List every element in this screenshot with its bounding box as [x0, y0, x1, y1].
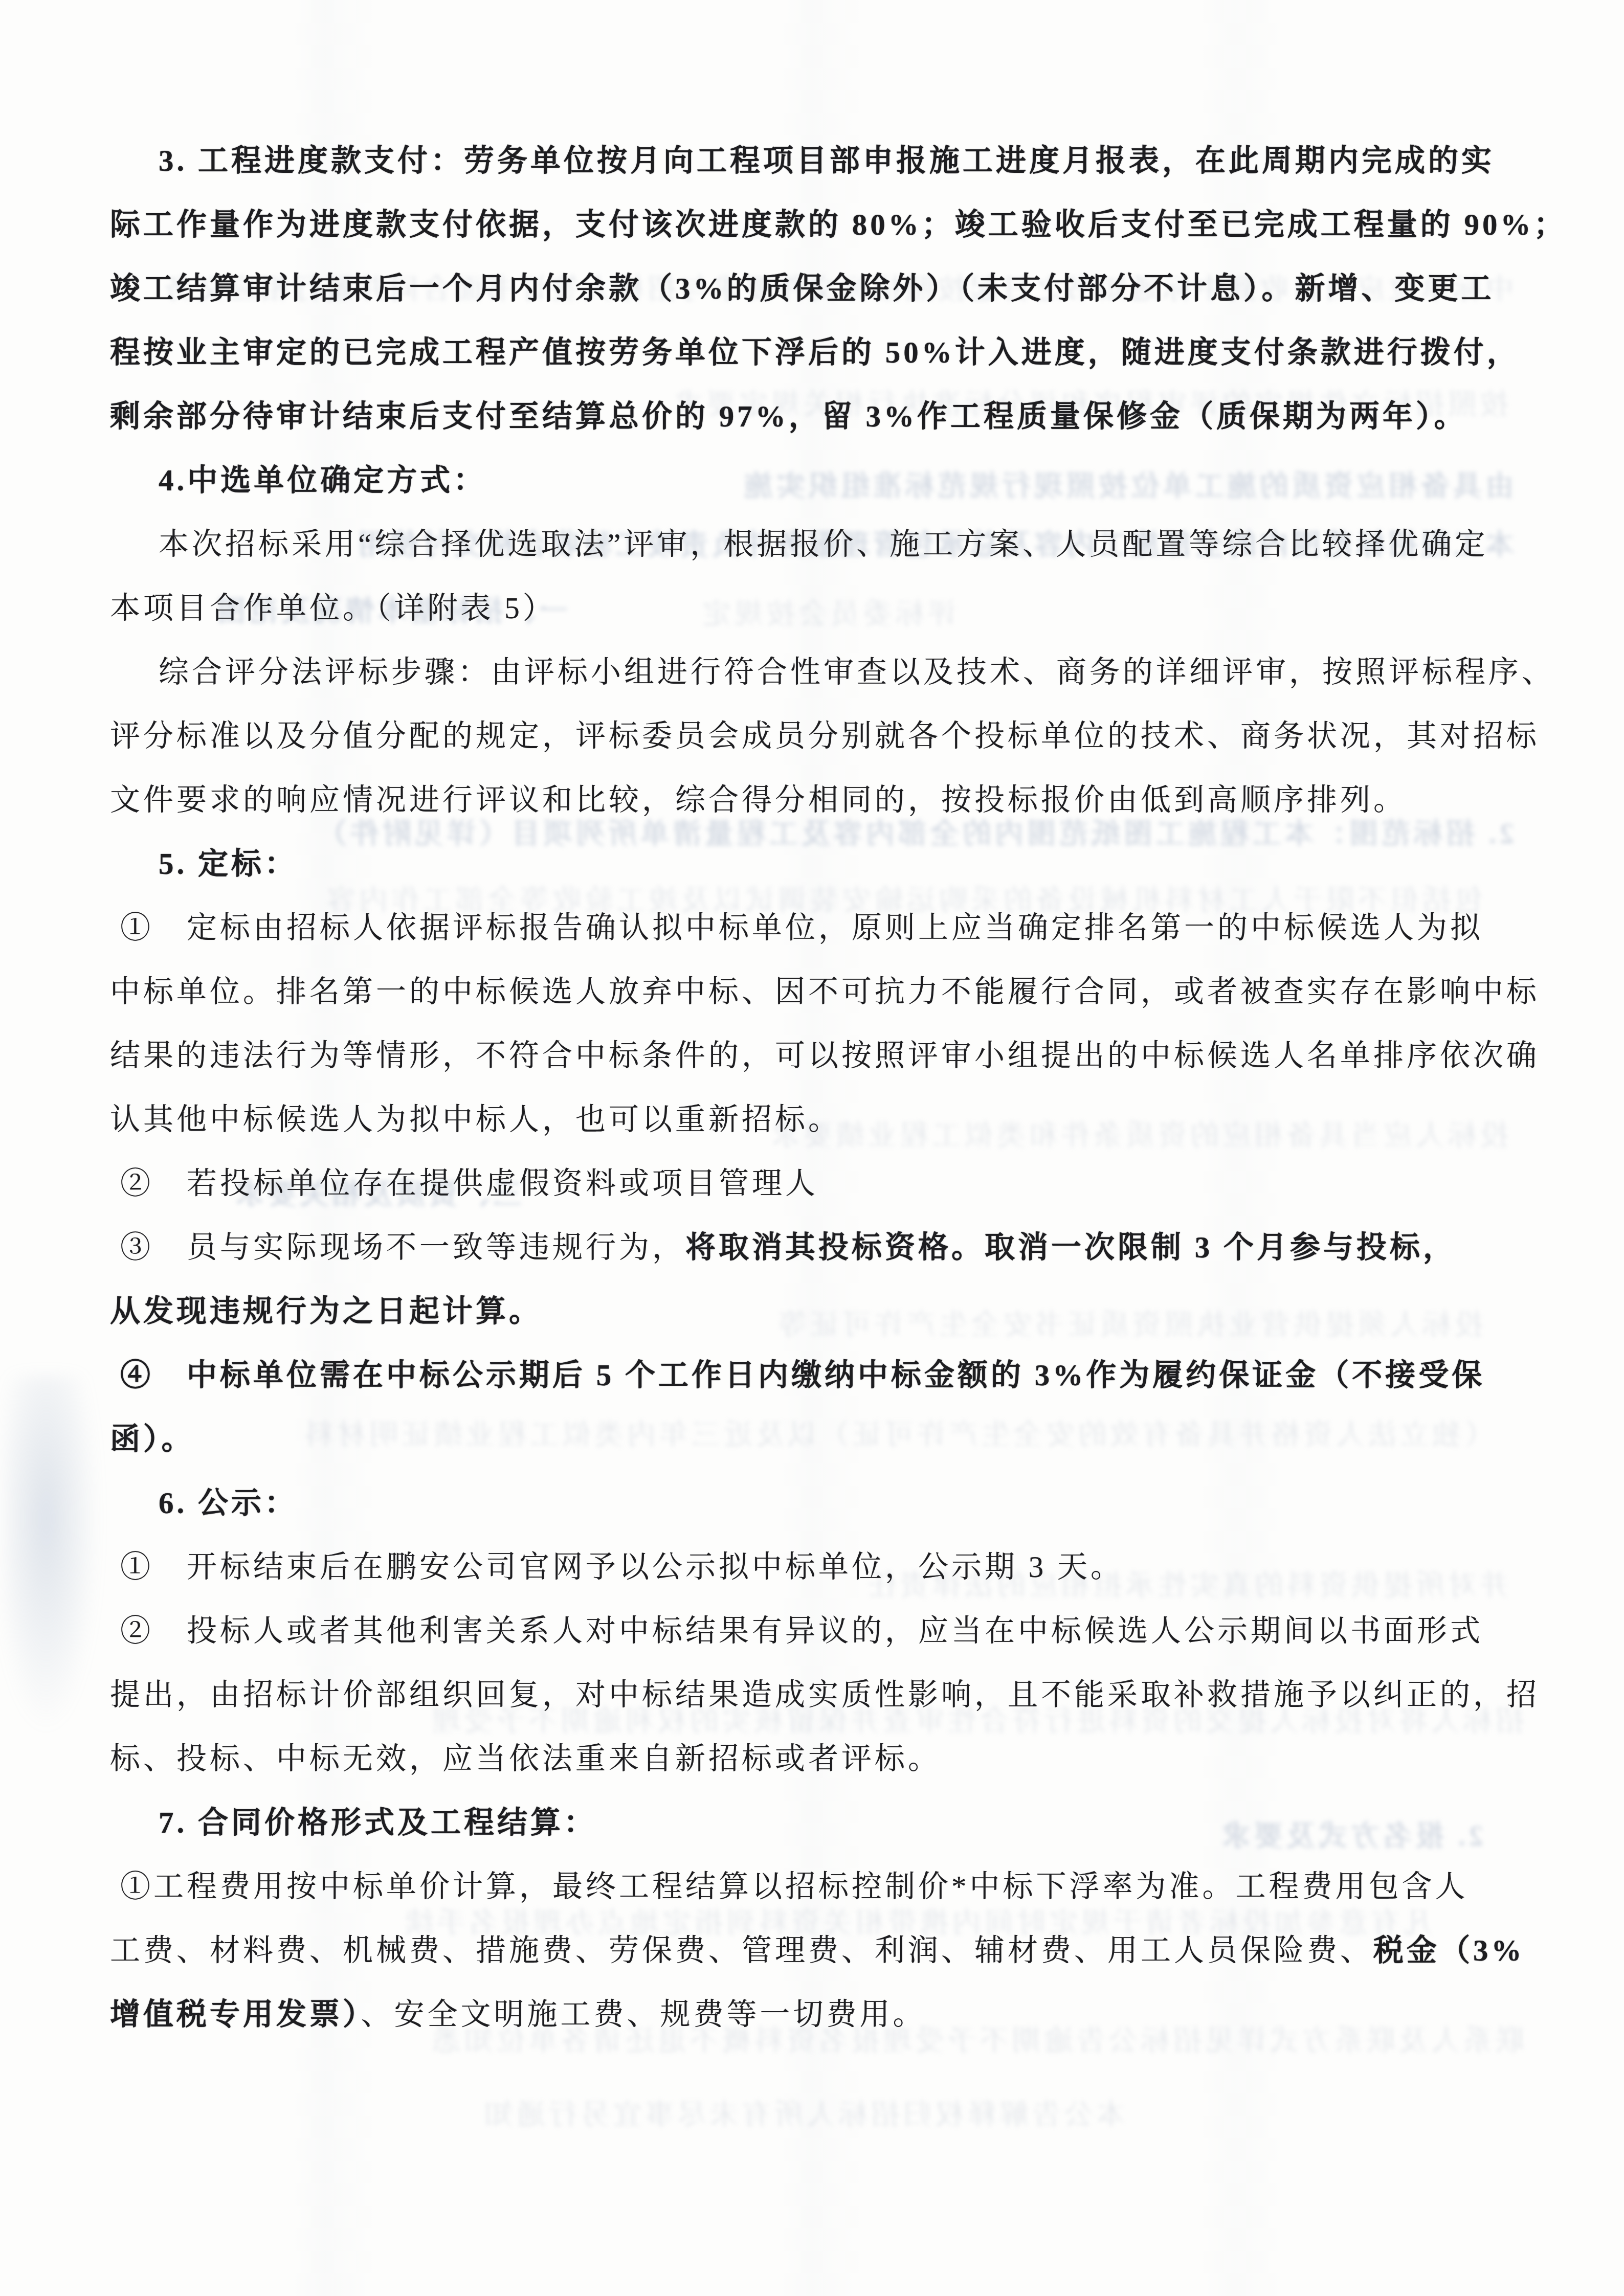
document-body: 3. 工程进度款支付：劳务单位按月向工程项目部申报施工进度月报表，在此周期内完成… [110, 129, 1516, 2046]
text-segment: 税金（3% [1373, 1933, 1525, 1967]
text-segment: ④ 中标单位需在中标公示期后 5 个工作日内缴纳中标金额的 3%作为履约保证金（… [120, 1358, 1485, 1392]
text-segment: 7. 合同价格形式及工程结算： [159, 1806, 597, 1839]
text-segment: 从发现违规行为之日起计算。 [110, 1294, 542, 1328]
section-5-item-1-line: ① 定标由招标人依据评标报告确认拟中标单位，原则上应当确定排名第一的中标候选人为… [110, 896, 1516, 960]
text-segment: 评分标准以及分值分配的规定，评标委员会成员分别就各个投标单位的技术、商务状况，其… [110, 719, 1540, 753]
text-segment: ① 定标由招标人依据评标报告确认拟中标单位，原则上应当确定排名第一的中标候选人为… [120, 911, 1483, 944]
text-segment: 结果的违法行为等情形，不符合中标条件的，可以按照评审小组提出的中标候选人名单排序… [110, 1039, 1540, 1072]
section-5-item-4-line: ④ 中标单位需在中标公示期后 5 个工作日内缴纳中标金额的 3%作为履约保证金（… [110, 1343, 1516, 1407]
section-4-heading-line: 4.中选单位确定方式： [110, 448, 1516, 512]
text-segment: 本项目合作单位。（详附表 5） [110, 591, 556, 625]
text-segment: ① 开标结束后在鹏安公司官网予以公示拟中标单位，公示期 3 天。 [120, 1550, 1124, 1584]
text-segment: 工费、材料费、机械费、措施费、劳保费、管理费、利润、辅材费、用工人员保险费、 [110, 1933, 1373, 1967]
text-segment: 3. 工程进度款支付： [159, 144, 464, 177]
scanned-document-page: 中标单位应当自收到中标通知书之日起按照招标文件要求与招标人签订书面合同并履行相应… [0, 0, 1624, 2296]
text-segment: ② 投标人或者其他利害关系人对中标结果有异议的，应当在中标候选人公示期间以书面形… [120, 1614, 1483, 1648]
section-4-para-scoring-line: 综合评分法评标步骤：由评标小组进行符合性审查以及技术、商务的详细评审，按照评标程… [110, 640, 1516, 704]
section-7-heading-line: 7. 合同价格形式及工程结算： [110, 1791, 1516, 1855]
text-segment: 5. 定标： [159, 847, 298, 881]
section-3-progress-payment-line: 程按业主审定的已完成工程产值按劳务单位下浮后的 50%计入进度，随进度支付条款进… [110, 321, 1516, 385]
section-7-item-1-line: 增值税专用发票）、安全文明施工费、规费等一切费用。 [110, 1983, 1516, 2046]
section-4-para-method-line: 本次招标采用“综合择优选取法”评审，根据报价、施工方案、人员配置等综合比较择优确… [110, 512, 1516, 576]
text-segment: 4.中选单位确定方式： [159, 463, 486, 497]
text-segment: 际工作量作为进度款支付依据，支付该次进度款的 80%；竣工验收后支付至已完成工程… [110, 208, 1567, 241]
text-segment: ①工程费用按中标单价计算，最终工程结算以招标控制价*中标下浮率为准。工程费用包含… [120, 1870, 1469, 1903]
section-4-para-scoring-line: 评分标准以及分值分配的规定，评标委员会成员分别就各个投标单位的技术、商务状况，其… [110, 704, 1516, 768]
text-segment: 中标单位。排名第一的中标候选人放弃中标、因不可抗力不能履行合同，或者被查实存在影… [110, 975, 1540, 1008]
text-segment: 竣工结算审计结束后一个月内付余款（3%的质保金除外）（未支付部分不计息）。新增、… [110, 272, 1495, 305]
section-5-item-1-line: 结果的违法行为等情形，不符合中标条件的，可以按照评审小组提出的中标候选人名单排序… [110, 1024, 1516, 1088]
section-5-item-1-line: 中标单位。排名第一的中标候选人放弃中标、因不可抗力不能履行合同，或者被查实存在影… [110, 960, 1516, 1024]
text-segment: 、安全文明施工费、规费等一切费用。 [361, 1997, 926, 2031]
section-3-progress-payment-line: 3. 工程进度款支付：劳务单位按月向工程项目部申报施工进度月报表，在此周期内完成… [110, 129, 1516, 193]
section-5-heading-line: 5. 定标： [110, 832, 1516, 896]
section-6-item-2-line: 提出，由招标计价部组织回复，对中标结果造成实质性影响，且不能采取补救措施予以纠正… [110, 1663, 1516, 1727]
text-segment: 本次招标采用“综合择优选取法”评审，根据报价、施工方案、人员配置等综合比较择优确… [159, 527, 1488, 561]
text-segment: 6. 公示： [159, 1486, 298, 1520]
section-7-item-1-line: 工费、材料费、机械费、措施费、劳保费、管理费、利润、辅材费、用工人员保险费、税金… [110, 1919, 1516, 1983]
text-segment: 提出，由招标计价部组织回复，对中标结果造成实质性影响，且不能采取补救措施予以纠正… [110, 1678, 1540, 1712]
section-7-item-1-line: ①工程费用按中标单价计算，最终工程结算以招标控制价*中标下浮率为准。工程费用包含… [110, 1855, 1516, 1919]
text-segment: ② 若投标单位存在提供虚假资料或项目管理人 [120, 1166, 818, 1200]
text-segment: 函）。 [110, 1422, 195, 1456]
section-6-item-2-line: ② 投标人或者其他利害关系人对中标结果有异议的，应当在中标候选人公示期间以书面形… [110, 1599, 1516, 1663]
section-5-item-3-line: ③ 员与实际现场不一致等违规行为，将取消其投标资格。取消一次限制 3 个月参与投… [110, 1215, 1516, 1279]
section-5-item-2-line: ② 若投标单位存在提供虚假资料或项目管理人 [110, 1152, 1516, 1215]
section-6-item-2-line: 标、投标、中标无效，应当依法重来自新招标或者评标。 [110, 1727, 1516, 1791]
text-segment: 程按业主审定的已完成工程产值按劳务单位下浮后的 50%计入进度，随进度支付条款进… [110, 335, 1520, 369]
section-6-item-1-line: ① 开标结束后在鹏安公司官网予以公示拟中标单位，公示期 3 天。 [110, 1535, 1516, 1599]
text-segment: 标、投标、中标无效，应当依法重来自新招标或者评标。 [110, 1742, 941, 1775]
section-5-item-1-line: 认其他中标候选人为拟中标人，也可以重新招标。 [110, 1088, 1516, 1152]
text-segment: 将取消其投标资格。取消一次限制 3 个月参与投标， [685, 1230, 1456, 1264]
bleedthrough-text: 本公告解释权归招标人所有未尽事宜另行通知 [153, 2091, 1125, 2140]
text-segment: 剩余部分待审计结束后支付至结算总价的 97%，留 3%作工程质量保修金（质保期为… [110, 399, 1467, 433]
text-segment: 综合评分法评标步骤：由评标小组进行符合性审查以及技术、商务的详细评审，按照评标程… [159, 655, 1555, 689]
section-5-item-4-line: 函）。 [110, 1407, 1516, 1471]
text-segment: ③ 员与实际现场不一致等违规行为， [120, 1230, 685, 1264]
section-3-progress-payment-line: 剩余部分待审计结束后支付至结算总价的 97%，留 3%作工程质量保修金（质保期为… [110, 385, 1516, 448]
text-segment: 劳务单位按月向工程项目部申报施工进度月报表，在此周期内完成的实 [464, 144, 1495, 177]
section-4-para-scoring-line: 文件要求的响应情况进行评议和比较，综合得分相同的，按投标报价由低到高顺序排列。 [110, 768, 1516, 832]
text-segment: 增值税专用发票） [110, 1997, 361, 2031]
section-4-para-method-line: 本项目合作单位。（详附表 5） [110, 576, 1516, 640]
section-5-item-3-line: 从发现违规行为之日起计算。 [110, 1279, 1516, 1343]
section-3-progress-payment-line: 际工作量作为进度款支付依据，支付该次进度款的 80%；竣工验收后支付至已完成工程… [110, 193, 1516, 257]
section-6-heading-line: 6. 公示： [110, 1471, 1516, 1535]
text-segment: 文件要求的响应情况进行评议和比较，综合得分相同的，按投标报价由低到高顺序排列。 [110, 783, 1407, 817]
text-segment: 认其他中标候选人为拟中标人，也可以重新招标。 [110, 1102, 841, 1136]
section-3-progress-payment-line: 竣工结算审计结束后一个月内付余款（3%的质保金除外）（未支付部分不计息）。新增、… [110, 257, 1516, 321]
